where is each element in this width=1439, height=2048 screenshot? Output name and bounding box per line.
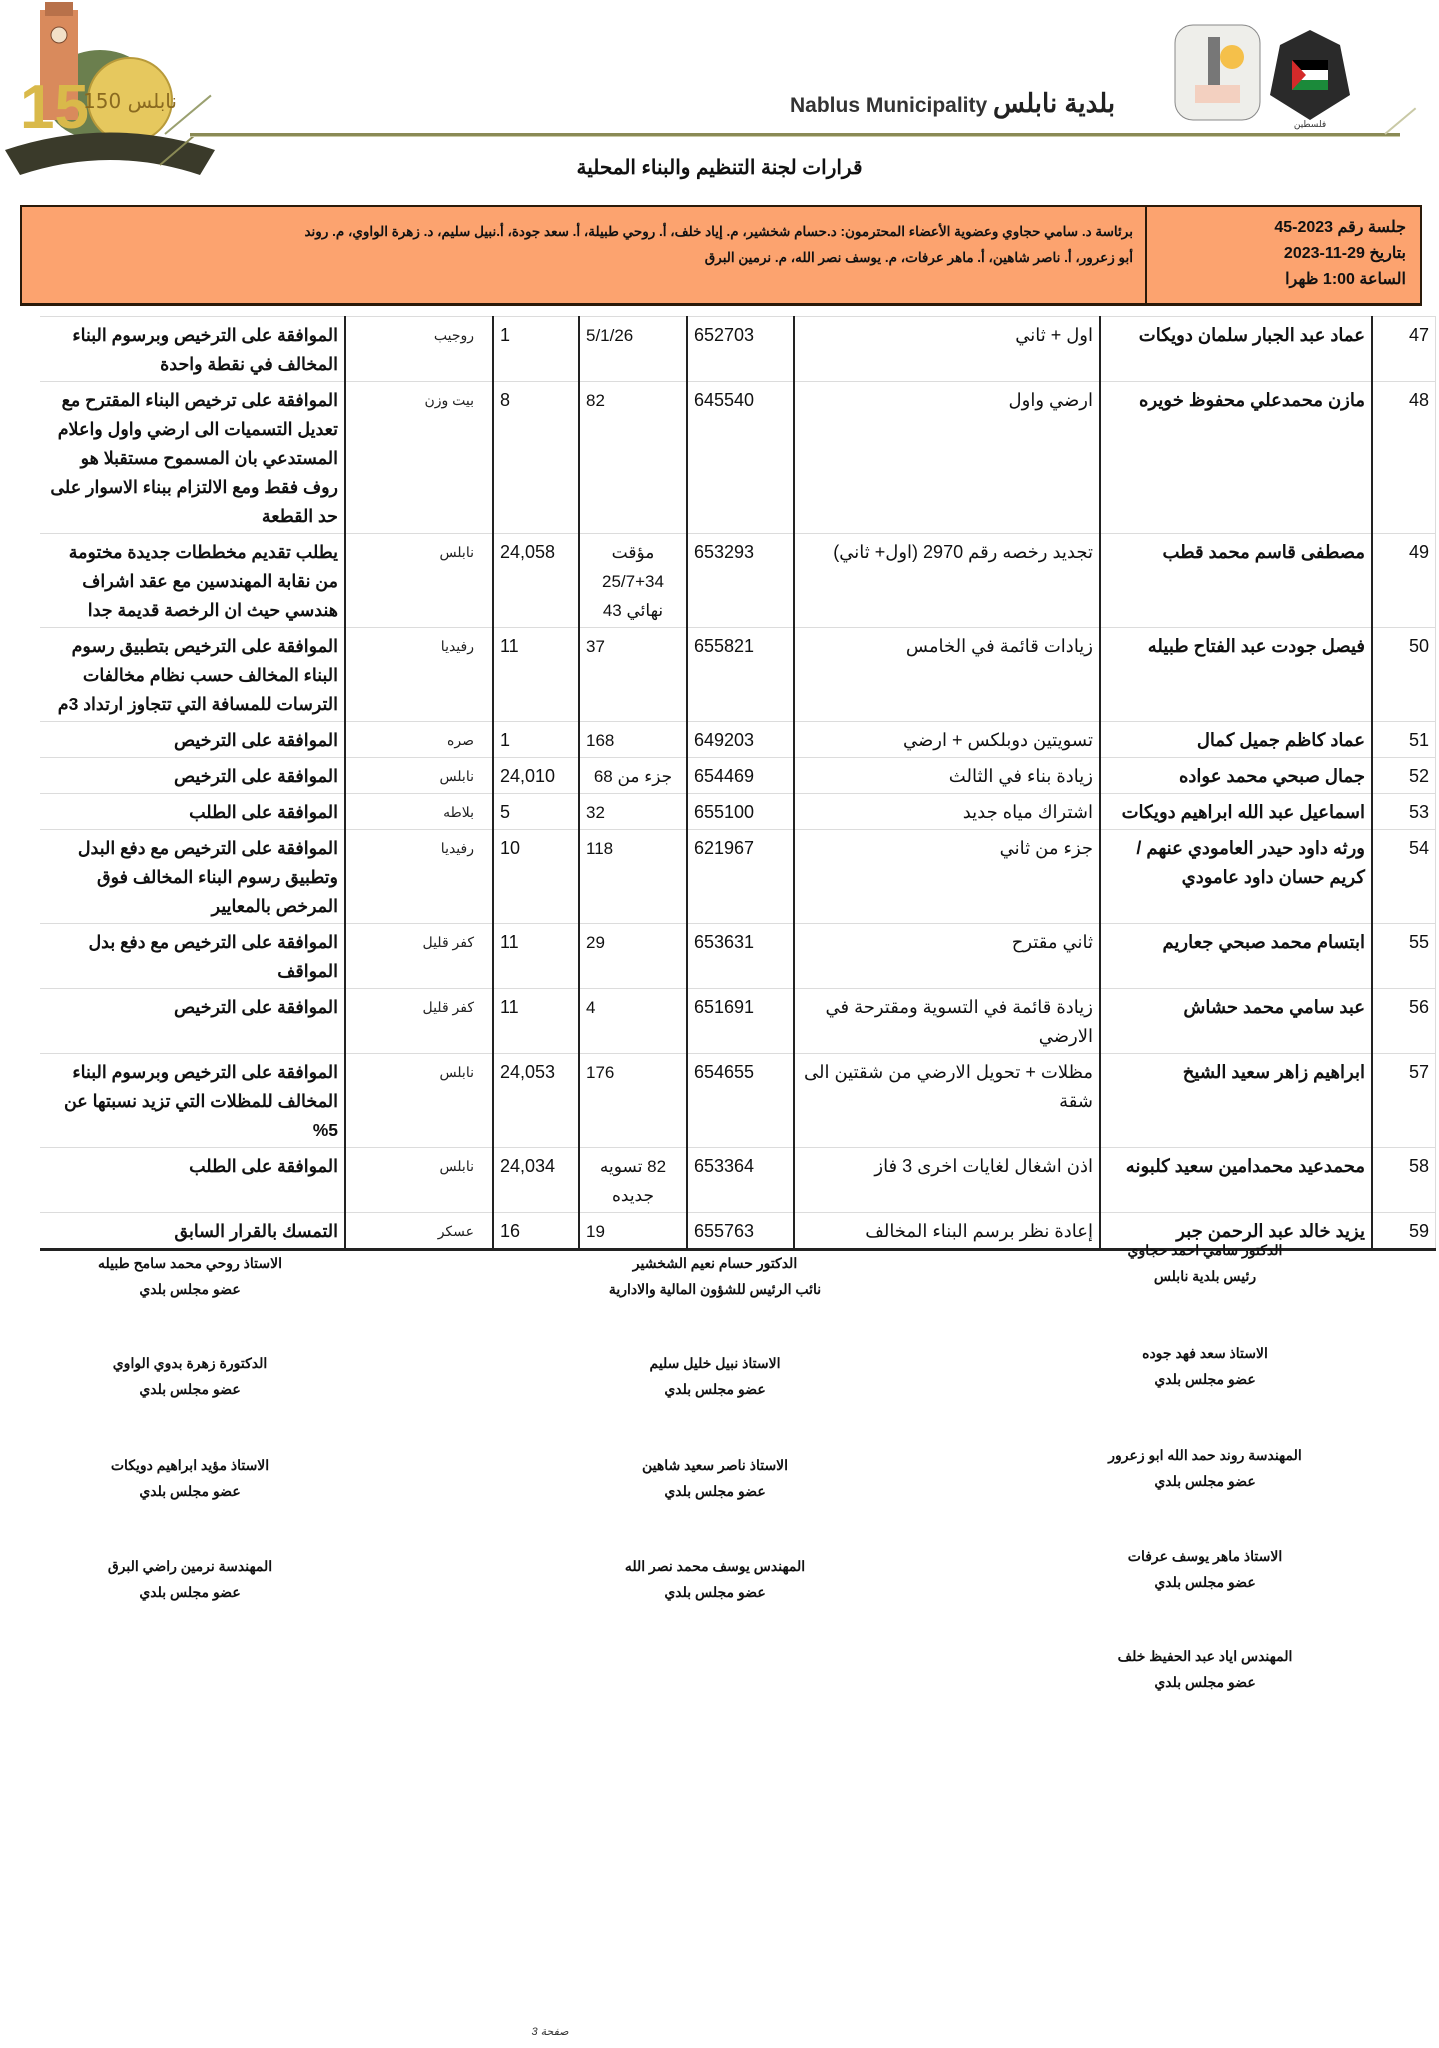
signatory-title: عضو مجلس بلدي — [545, 1376, 885, 1402]
signatory-title: عضو مجلس بلدي — [1035, 1366, 1375, 1392]
application-number: 645540 — [687, 382, 794, 534]
signature-block: الاستاذ ماهر يوسف عرفات عضو مجلس بلدي — [1035, 1543, 1375, 1595]
svg-text:نابلس 150: نابلس 150 — [83, 89, 177, 113]
session-info-box: جلسة رقم 2023-45 بتاريخ 29-11-2023 الساع… — [20, 205, 1422, 306]
committee-decision: الموافقة على الترخيص — [40, 758, 345, 794]
area-name: بلاطه — [345, 794, 493, 830]
signature-block: الاستاذ روحي محمد سامح طبيله عضو مجلس بل… — [20, 1250, 360, 1302]
signature-block: الاستاذ نبيل خليل سليم عضو مجلس بلدي — [545, 1350, 885, 1402]
signatory-title: عضو مجلس بلدي — [545, 1478, 885, 1504]
committee-decision: الموافقة على الترخيص وبرسوم البناء المخا… — [40, 317, 345, 382]
block-number: 1 — [493, 317, 579, 382]
committee-decision: الموافقة على الترخيص مع دفع البدل وتطبيق… — [40, 830, 345, 924]
committee-decision: يطلب تقديم مخططات جديدة مختومة من نقابة … — [40, 534, 345, 628]
block-number: 16 — [493, 1213, 579, 1250]
row-number: 49 — [1372, 534, 1436, 628]
application-number: 652703 — [687, 317, 794, 382]
signature-block: الدكتور سامي احمد حجاوي رئيس بلدية نابلس — [1035, 1237, 1375, 1289]
application-number: 651691 — [687, 989, 794, 1054]
application-number: 649203 — [687, 722, 794, 758]
request-type: جزء من ثاني — [794, 830, 1100, 924]
signatory-title: عضو مجلس بلدي — [20, 1579, 360, 1605]
signatory-name: المهندسة نرمين راضي البرق — [20, 1553, 360, 1579]
session-date: بتاريخ 29-11-2023 — [1161, 241, 1406, 267]
request-type: تجديد رخصه رقم 2970 (اول+ ثاني) — [794, 534, 1100, 628]
brand-arabic: بلدية نابلس — [993, 88, 1115, 118]
applicant-name: ابراهيم زاهر سعيد الشيخ — [1100, 1054, 1372, 1148]
request-type: اشتراك مياه جديد — [794, 794, 1100, 830]
signatory-title: عضو مجلس بلدي — [20, 1276, 360, 1302]
table-row: 47 عماد عبد الجبار سلمان دويكات اول + ثا… — [40, 317, 1436, 382]
signature-block: الدكتور حسام نعيم الشخشير نائب الرئيس لل… — [545, 1250, 885, 1302]
parcel-number: جزء من 68 — [579, 758, 687, 794]
parcel-number: 168 — [579, 722, 687, 758]
row-number: 56 — [1372, 989, 1436, 1054]
signatory-title: عضو مجلس بلدي — [20, 1376, 360, 1402]
committee-decision: التمسك بالقرار السابق — [40, 1213, 345, 1250]
row-number: 48 — [1372, 382, 1436, 534]
application-number: 653293 — [687, 534, 794, 628]
applicant-name: اسماعيل عبد الله ابراهيم دويكات — [1100, 794, 1372, 830]
session-meta: جلسة رقم 2023-45 بتاريخ 29-11-2023 الساع… — [1145, 207, 1420, 303]
session-members: برئاسة د. سامي حجاوي وعضوية الأعضاء المح… — [22, 207, 1145, 303]
parcel-number: 37 — [579, 628, 687, 722]
block-number: 11 — [493, 989, 579, 1054]
members-line-2: أبو زعرور، أ. ناصر شاهين، أ. ماهر عرفات،… — [34, 245, 1133, 271]
committee-decision: الموافقة على الترخيص — [40, 989, 345, 1054]
application-number: 621967 — [687, 830, 794, 924]
signatory-name: الاستاذ مؤيد ابراهيم دويكات — [20, 1452, 360, 1478]
area-name: نابلس — [345, 534, 493, 628]
svg-text:15: 15 — [20, 73, 89, 142]
request-type: اذن اشغال لغايات اخرى 3 فاز — [794, 1148, 1100, 1213]
applicant-name: ابتسام محمد صبحي جعاريم — [1100, 924, 1372, 989]
table-row: 54 ورثه داود حيدر العامودي عنهم /كريم حس… — [40, 830, 1436, 924]
block-number: 11 — [493, 628, 579, 722]
block-number: 24,010 — [493, 758, 579, 794]
application-number: 654655 — [687, 1054, 794, 1148]
applicant-name: فيصل جودت عبد الفتاح طبيله — [1100, 628, 1372, 722]
brand-english: Nablus Municipality — [790, 94, 987, 117]
application-number: 655100 — [687, 794, 794, 830]
area-name: كفر قليل — [345, 989, 493, 1054]
application-number: 653631 — [687, 924, 794, 989]
row-number: 50 — [1372, 628, 1436, 722]
signature-block: المهندسة نرمين راضي البرق عضو مجلس بلدي — [20, 1553, 360, 1605]
applicant-name: ورثه داود حيدر العامودي عنهم /كريم حسان … — [1100, 830, 1372, 924]
applicant-name: مازن محمدعلي محفوظ خويره — [1100, 382, 1372, 534]
committee-decision: الموافقة على ترخيص البناء المقترح مع تعد… — [40, 382, 345, 534]
signatory-title: عضو مجلس بلدي — [1035, 1468, 1375, 1494]
area-name: بيت وزن — [345, 382, 493, 534]
request-type: ثاني مقترح — [794, 924, 1100, 989]
parcel-number: 82 تسويه جديده — [579, 1148, 687, 1213]
signatory-title: عضو مجلس بلدي — [1035, 1669, 1375, 1695]
decisions-table: 47 عماد عبد الجبار سلمان دويكات اول + ثا… — [40, 316, 1436, 1251]
applicant-name: مصطفى قاسم محمد قطب — [1100, 534, 1372, 628]
signatory-title: عضو مجلس بلدي — [20, 1478, 360, 1504]
row-number: 51 — [1372, 722, 1436, 758]
signatory-name: الاستاذ ماهر يوسف عرفات — [1035, 1543, 1375, 1569]
committee-decision: الموافقة على الترخيص — [40, 722, 345, 758]
block-number: 8 — [493, 382, 579, 534]
parcel-number-text: جزء من 68 — [586, 762, 680, 791]
table-row: 48 مازن محمدعلي محفوظ خويره ارضي واول 64… — [40, 382, 1436, 534]
area-name: نابلس — [345, 1054, 493, 1148]
committee-decision: الموافقة على الترخيص مع دفع بدل المواقف — [40, 924, 345, 989]
parcel-number: 32 — [579, 794, 687, 830]
signatory-name: المهندس يوسف محمد نصر الله — [545, 1553, 885, 1579]
table-row: 53 اسماعيل عبد الله ابراهيم دويكات اشترا… — [40, 794, 1436, 830]
row-number: 57 — [1372, 1054, 1436, 1148]
parcel-number: 82 — [579, 382, 687, 534]
parcel-number: 4 — [579, 989, 687, 1054]
area-name: كفر قليل — [345, 924, 493, 989]
committee-decision: الموافقة على الطلب — [40, 1148, 345, 1213]
block-number: 11 — [493, 924, 579, 989]
area-name: رفيديا — [345, 830, 493, 924]
application-number: 655763 — [687, 1213, 794, 1250]
header-rule — [190, 133, 1400, 137]
page-number: صفحة 3 — [0, 2025, 1100, 2038]
request-type: تسويتين دوبلكس + ارضي — [794, 722, 1100, 758]
table-row: 50 فيصل جودت عبد الفتاح طبيله زيادات قائ… — [40, 628, 1436, 722]
application-number: 653364 — [687, 1148, 794, 1213]
signatory-title: عضو مجلس بلدي — [1035, 1569, 1375, 1595]
table-row: 57 ابراهيم زاهر سعيد الشيخ مظلات + تحويل… — [40, 1054, 1436, 1148]
table-row: 56 عبد سامي محمد حشاش زيادة قائمة في الت… — [40, 989, 1436, 1054]
request-type: زيادة قائمة في التسوية ومقترحة في الارضي — [794, 989, 1100, 1054]
document-title: قرارات لجنة التنظيم والبناء المحلية — [0, 155, 1439, 180]
signatory-name: الاستاذ سعد فهد جوده — [1035, 1340, 1375, 1366]
parcel-number: 29 — [579, 924, 687, 989]
request-type: اول + ثاني — [794, 317, 1100, 382]
table-row: 58 محمدعيد محمدامين سعيد كلبونه اذن اشغا… — [40, 1148, 1436, 1213]
area-name: روجيب — [345, 317, 493, 382]
parcel-number: 176 — [579, 1054, 687, 1148]
request-type: ارضي واول — [794, 382, 1100, 534]
row-number: 53 — [1372, 794, 1436, 830]
parcel-number-text: مؤقت 34+25/7 نهائي 43 — [586, 538, 680, 625]
applicant-name: عبد سامي محمد حشاش — [1100, 989, 1372, 1054]
committee-decision: الموافقة على الترخيص بتطبيق رسوم البناء … — [40, 628, 345, 722]
signatory-name: المهندسة روند حمد الله ابو زعرور — [1035, 1442, 1375, 1468]
area-name: عسكر — [345, 1213, 493, 1250]
members-line-1: برئاسة د. سامي حجاوي وعضوية الأعضاء المح… — [34, 219, 1133, 245]
table-row: 49 مصطفى قاسم محمد قطب تجديد رخصه رقم 29… — [40, 534, 1436, 628]
area-name: رفيديا — [345, 628, 493, 722]
row-number: 58 — [1372, 1148, 1436, 1213]
signatory-title: نائب الرئيس للشؤون المالية والادارية — [545, 1276, 885, 1302]
parcel-number: مؤقت 34+25/7 نهائي 43 — [579, 534, 687, 628]
parcel-number: 19 — [579, 1213, 687, 1250]
signatory-name: المهندس اياد عبد الحفيظ خلف — [1035, 1643, 1375, 1669]
committee-decision: الموافقة على الطلب — [40, 794, 345, 830]
signatory-name: الدكتور حسام نعيم الشخشير — [545, 1250, 885, 1276]
row-number: 52 — [1372, 758, 1436, 794]
parcel-number: 5/1/26 — [579, 317, 687, 382]
signature-block: الاستاذ سعد فهد جوده عضو مجلس بلدي — [1035, 1340, 1375, 1392]
request-type: زيادات قائمة في الخامس — [794, 628, 1100, 722]
svg-text:فلسطين: فلسطين — [1294, 120, 1326, 130]
block-number: 1 — [493, 722, 579, 758]
municipality-brand: Nablus Municipality بلدية نابلس — [790, 88, 1115, 119]
signature-block: المهندسة روند حمد الله ابو زعرور عضو مجل… — [1035, 1442, 1375, 1494]
block-number: 24,058 — [493, 534, 579, 628]
block-number: 24,053 — [493, 1054, 579, 1148]
municipality-and-state-emblems: فلسطين — [1170, 15, 1395, 135]
parcel-number-text: 82 تسويه جديده — [586, 1152, 680, 1210]
area-name: نابلس — [345, 1148, 493, 1213]
request-type: مظلات + تحويل الارضي من شقتين الى شقة — [794, 1054, 1100, 1148]
application-number: 654469 — [687, 758, 794, 794]
signatory-name: الاستاذ روحي محمد سامح طبيله — [20, 1250, 360, 1276]
table-row: 52 جمال صبحي محمد عواده زيادة بناء في ال… — [40, 758, 1436, 794]
signature-block: الدكتورة زهرة بدوي الواوي عضو مجلس بلدي — [20, 1350, 360, 1402]
signatory-name: الاستاذ ناصر سعيد شاهين — [545, 1452, 885, 1478]
block-number: 24,034 — [493, 1148, 579, 1213]
area-name: نابلس — [345, 758, 493, 794]
signatory-name: الاستاذ نبيل خليل سليم — [545, 1350, 885, 1376]
applicant-name: عماد كاظم جميل كمال — [1100, 722, 1372, 758]
signatory-name: الدكتورة زهرة بدوي الواوي — [20, 1350, 360, 1376]
parcel-number: 118 — [579, 830, 687, 924]
applicant-name: جمال صبحي محمد عواده — [1100, 758, 1372, 794]
row-number: 55 — [1372, 924, 1436, 989]
signature-block: المهندس يوسف محمد نصر الله عضو مجلس بلدي — [545, 1553, 885, 1605]
signatory-title: عضو مجلس بلدي — [545, 1579, 885, 1605]
application-number: 655821 — [687, 628, 794, 722]
request-type: زيادة بناء في الثالث — [794, 758, 1100, 794]
row-number: 47 — [1372, 317, 1436, 382]
signature-block: الاستاذ ناصر سعيد شاهين عضو مجلس بلدي — [545, 1452, 885, 1504]
committee-decision: الموافقة على الترخيص وبرسوم البناء المخا… — [40, 1054, 345, 1148]
applicant-name: عماد عبد الجبار سلمان دويكات — [1100, 317, 1372, 382]
session-number: جلسة رقم 2023-45 — [1161, 215, 1406, 241]
signatory-title: رئيس بلدية نابلس — [1035, 1263, 1375, 1289]
table-row: 55 ابتسام محمد صبحي جعاريم ثاني مقترح 65… — [40, 924, 1436, 989]
block-number: 10 — [493, 830, 579, 924]
signature-block: الاستاذ مؤيد ابراهيم دويكات عضو مجلس بلد… — [20, 1452, 360, 1504]
area-name: صره — [345, 722, 493, 758]
signatory-name: الدكتور سامي احمد حجاوي — [1035, 1237, 1375, 1263]
signature-block: المهندس اياد عبد الحفيظ خلف عضو مجلس بلد… — [1035, 1643, 1375, 1695]
row-number: 54 — [1372, 830, 1436, 924]
table-row: 51 عماد كاظم جميل كمال تسويتين دوبلكس + … — [40, 722, 1436, 758]
row-number: 59 — [1372, 1213, 1436, 1250]
block-number: 5 — [493, 794, 579, 830]
session-time: الساعة 1:00 ظهرا — [1161, 267, 1406, 293]
applicant-name: محمدعيد محمدامين سعيد كلبونه — [1100, 1148, 1372, 1213]
